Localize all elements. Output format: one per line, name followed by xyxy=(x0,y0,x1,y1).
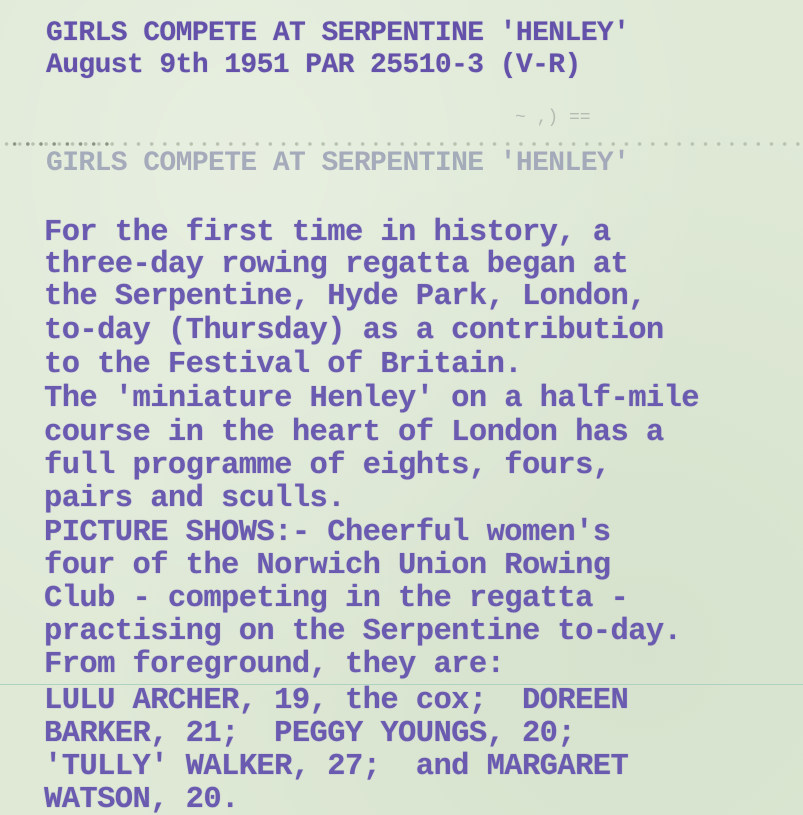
faint-duplicate-title: GIRLS COMPETE AT SERPENTINE 'HENLEY' xyxy=(46,150,629,178)
body-line: From foreground, they are: xyxy=(44,650,504,681)
body-line: three-day rowing regatta began at xyxy=(44,250,628,281)
perforation-row-dark xyxy=(8,141,118,147)
body-line: 'TULLY' WALKER, 27; and MARGARET xyxy=(44,752,628,783)
body-line: WATSON, 20. xyxy=(44,785,239,815)
body-line: Club - competing in the regatta - xyxy=(44,584,628,615)
body-line: pairs and sculls. xyxy=(44,484,345,515)
body-line: four of the Norwich Union Rowing xyxy=(44,551,611,582)
body-line: The 'miniature Henley' on a half-mile xyxy=(44,384,699,415)
body-line: BARKER, 21; PEGGY YOUNGS, 20; xyxy=(44,719,575,750)
body-line: LULU ARCHER, 19, the cox; DOREEN xyxy=(44,686,628,717)
body-line: to the Festival of Britain. xyxy=(44,350,522,381)
body-line: course in the heart of London has a xyxy=(44,418,664,449)
caption-title: GIRLS COMPETE AT SERPENTINE 'HENLEY' xyxy=(46,20,629,48)
body-line: practising on the Serpentine to-day. xyxy=(44,617,681,648)
body-line: For the first time in history, a xyxy=(44,218,611,249)
body-line: full programme of eights, fours, xyxy=(44,451,611,482)
typewritten-caption-sheet: GIRLS COMPETE AT SERPENTINE 'HENLEY' Aug… xyxy=(0,0,803,815)
perforation-row xyxy=(0,141,803,147)
caption-dateline: August 9th 1951 PAR 25510-3 (V-R) xyxy=(46,52,581,80)
body-line: PICTURE SHOWS:- Cheerful women's xyxy=(44,518,611,549)
body-line: the Serpentine, Hyde Park, London, xyxy=(44,282,646,313)
body-line: to-day (Thursday) as a contribution xyxy=(44,316,664,347)
ink-smudge: ~ ,) == xyxy=(515,108,591,128)
